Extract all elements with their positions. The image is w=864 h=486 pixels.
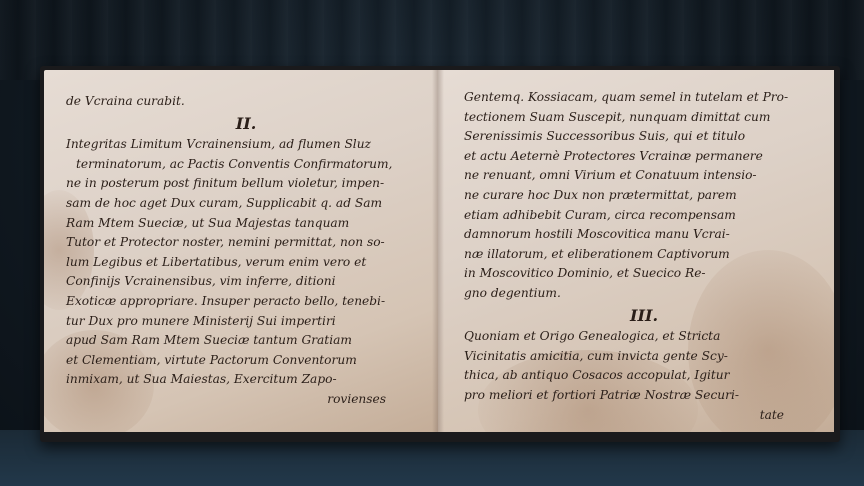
right-page: Gentemq. Kossiacam, quam semel in tutela…	[438, 70, 834, 432]
text-line: inmixam, ut Sua Maiestas, Exercitum Zapo…	[66, 370, 426, 390]
text-line: Confinijs Vcrainensibus, vim inferre, di…	[66, 272, 426, 292]
text-line: terminatorum, ac Pactis Conventis Confir…	[66, 155, 426, 175]
text-line: ne in posterum post finitum bellum viole…	[66, 174, 426, 194]
text-line: damnorum hostili Moscovitica manu Vcrai-	[464, 225, 824, 245]
text-line: etiam adhibebit Curam, circa recompensam	[464, 206, 824, 226]
left-page-text: de Vcraina curabit. II. Integritas Limit…	[66, 92, 426, 410]
section-heading-iii: III.	[464, 306, 824, 326]
text-line: thica, ab antiquo Cosacos accopulat, Igi…	[464, 366, 824, 386]
text-line: Tutor et Protector noster, nemini permit…	[66, 233, 426, 253]
text-line: tate	[464, 406, 824, 426]
text-line: Integritas Limitum Vcrainensium, ad flum…	[66, 135, 426, 155]
text-line: et actu Aeternè Protectores Vcrainæ perm…	[464, 147, 824, 167]
text-line: et Clementiam, virtute Pactorum Convento…	[66, 351, 426, 371]
text-line: apud Sam Ram Mtem Sueciæ tantum Gratiam	[66, 331, 426, 351]
text-line: Gentemq. Kossiacam, quam semel in tutela…	[464, 88, 824, 108]
text-line: tur Dux pro munere Ministerij Sui impert…	[66, 312, 426, 332]
text-line: ne curare hoc Dux non prætermittat, pare…	[464, 186, 824, 206]
text-line: Exoticæ appropriare. Insuper peracto bel…	[66, 292, 426, 312]
text-line: tectionem Suam Suscepit, nunquam dimitta…	[464, 108, 824, 128]
text-line: Vicinitatis amicitia, cum invicta gente …	[464, 347, 824, 367]
catchword: rovienses	[66, 390, 426, 410]
text-line: lum Legibus et Libertatibus, verum enim …	[66, 253, 426, 273]
text-line: gno degentium.	[464, 284, 824, 304]
text-line: ne renuant, omni Virium et Conatuum inte…	[464, 166, 824, 186]
section-heading-ii: II.	[66, 114, 426, 134]
text-line: pro meliori et fortiori Patriæ Nostræ Se…	[464, 386, 824, 406]
text-line: Quoniam et Origo Genealogica, et Stricta	[464, 327, 824, 347]
text-line: de Vcraina curabit.	[66, 92, 426, 112]
text-line: Serenissimis Successoribus Suis, qui et …	[464, 127, 824, 147]
text-line: sam de hoc aget Dux curam, Supplicabit q…	[66, 194, 426, 214]
right-page-text: Gentemq. Kossiacam, quam semel in tutela…	[464, 88, 824, 425]
text-line: næ illatorum, et eliberationem Captivoru…	[464, 245, 824, 265]
left-page: de Vcraina curabit. II. Integritas Limit…	[44, 70, 438, 432]
text-line: Ram Mtem Sueciæ, ut Sua Majestas tanquam	[66, 214, 426, 234]
text-line: in Moscovitico Dominio, et Suecico Re-	[464, 264, 824, 284]
